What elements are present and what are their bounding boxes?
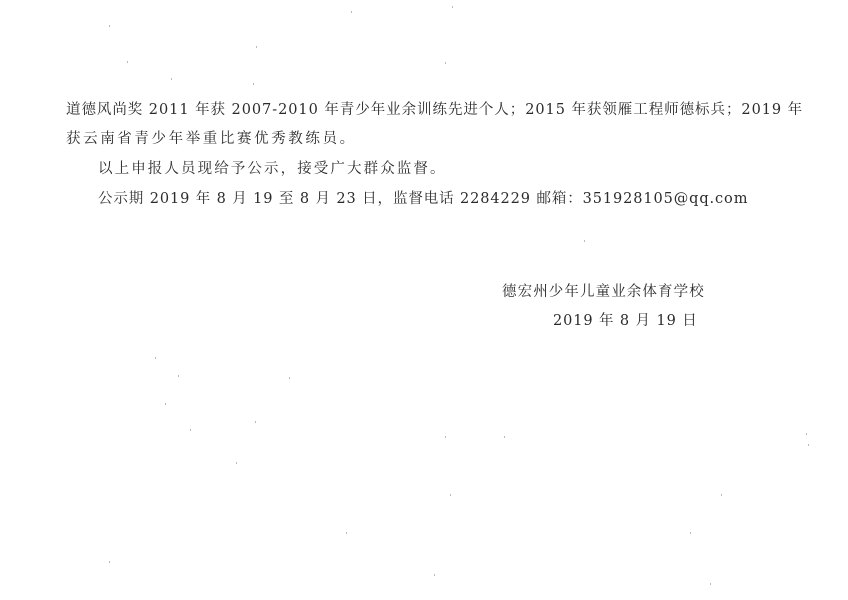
scan-speck — [127, 61, 128, 63]
scan-speck — [155, 357, 156, 359]
scan-speck — [450, 494, 451, 496]
scan-speck — [256, 46, 257, 48]
scan-speck — [289, 377, 290, 379]
scan-speck — [178, 375, 179, 377]
scan-speck — [190, 429, 191, 431]
scan-speck — [236, 462, 237, 464]
scan-speck — [445, 62, 446, 64]
body-line-awards-end: 获云南省青少年举重比赛优秀教练员。 — [66, 129, 357, 149]
scan-speck — [584, 240, 585, 242]
scan-speck — [721, 494, 722, 496]
scan-speck — [808, 444, 809, 446]
scan-speck — [434, 574, 435, 576]
scan-speck — [690, 532, 691, 534]
scan-speck — [452, 6, 453, 8]
signature-organization: 德宏州少年儿童业余体育学校 — [502, 282, 705, 302]
scan-speck — [346, 532, 347, 534]
scan-speck — [109, 25, 110, 27]
body-line-notice-period-contact: 公示期 2019 年 8 月 19 至 8 月 23 日，监督电话 228422… — [98, 189, 748, 209]
scan-speck — [806, 433, 807, 435]
body-line-awards-continued: 道德风尚奖 2011 年获 2007-2010 年青少年业余训练先进个人；201… — [66, 100, 803, 120]
scan-speck — [165, 403, 166, 405]
body-line-public-notice: 以上申报人员现给予公示，接受广大群众监督。 — [98, 159, 447, 179]
scan-speck — [171, 78, 172, 80]
scan-speck — [255, 421, 256, 423]
scan-speck — [710, 583, 711, 585]
scan-speck — [504, 436, 505, 438]
scan-speck — [109, 561, 110, 563]
scan-speck — [445, 436, 446, 438]
scan-speck — [253, 83, 254, 85]
signature-date: 2019 年 8 月 19 日 — [553, 311, 698, 331]
scanned-document-page: 道德风尚奖 2011 年获 2007-2010 年青少年业余训练先进个人；201… — [0, 0, 848, 600]
scan-speck — [351, 11, 352, 13]
